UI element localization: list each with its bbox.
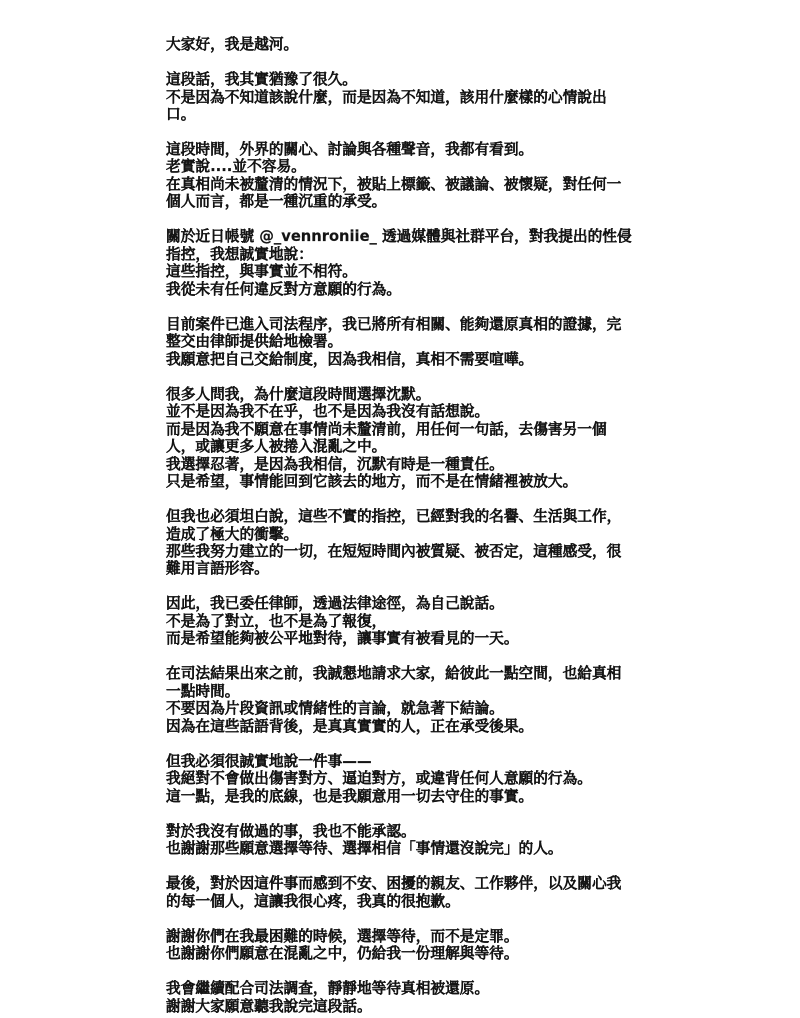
- text-line: 這段話，我其實猶豫了很久。: [166, 71, 636, 88]
- statement-text: 大家好，我是越河。 這段話，我其實猶豫了很久。 不是因為不知道該說什麼，而是因為…: [166, 36, 636, 1015]
- paragraph-public-reaction: 這段時間，外界的關心、討論與各種聲音，我都有看到。 老實說....並不容易。 在…: [166, 141, 636, 211]
- paragraph-thanks-believers: 對於我沒有做過的事，我也不能承認。 也謝謝那些願意選擇等待、選擇相信「事情還沒說…: [166, 823, 636, 858]
- text-line: 這些指控，與事實並不相符。: [166, 263, 636, 280]
- text-line: 謝謝大家願意聽我說完這段話。: [166, 998, 636, 1015]
- text-line: 在真相尚未被釐清的情況下，被貼上標籤、被議論、被懷疑，對任何一: [166, 176, 636, 193]
- paragraph-bottom-line: 但我必須很誠實地說一件事—— 我絕對不會做出傷害對方、逼迫對方，或違背任何人意願…: [166, 753, 636, 805]
- text-line: 關於近日帳號 @_vennroniie_ 透過媒體與社群平台，對我提出的性侵: [166, 228, 636, 245]
- text-line: 對於我沒有做過的事，我也不能承認。: [166, 823, 636, 840]
- text-line: 謝謝你們在我最困難的時候，選擇等待，而不是定罪。: [166, 928, 636, 945]
- text-line: 也謝謝你們願意在混亂之中，仍給我一份理解與等待。: [166, 945, 636, 962]
- text-line: 目前案件已進入司法程序，我已將所有相關、能夠還原真相的證據，完: [166, 316, 636, 333]
- paragraph-allegation-response: 關於近日帳號 @_vennroniie_ 透過媒體與社群平台，對我提出的性侵 指…: [166, 228, 636, 298]
- paragraph-request: 在司法結果出來之前，我誠懇地請求大家，給彼此一點空間，也給真相 一點時間。 不要…: [166, 665, 636, 735]
- paragraph-impact: 但我也必須坦白說，這些不實的指控，已經對我的名譽、生活與工作， 造成了極大的衝擊…: [166, 508, 636, 578]
- text-line: 但我也必須坦白說，這些不實的指控，已經對我的名譽、生活與工作，: [166, 508, 636, 525]
- text-line: 難用言語形容。: [166, 560, 636, 577]
- text-line: 不要因為片段資訊或情緒性的言論，就急著下結論。: [166, 700, 636, 717]
- text-line: 我願意把自己交給制度，因為我相信，真相不需要喧嘩。: [166, 351, 636, 368]
- text-line: 的每一個人，這讓我很心疼，我真的很抱歉。: [166, 893, 636, 910]
- text-line: 這一點，是我的底線，也是我願意用一切去守住的事實。: [166, 788, 636, 805]
- text-line: 口。: [166, 106, 636, 123]
- text-line: 只是希望，事情能回到它該去的地方，而不是在情緒裡被放大。: [166, 473, 636, 490]
- text-line: 我絕對不會做出傷害對方、逼迫對方，或違背任何人意願的行為。: [166, 770, 636, 787]
- text-line: 指控，我想誠實地說：: [166, 246, 636, 263]
- text-line: 我會繼續配合司法調查，靜靜地等待真相被還原。: [166, 980, 636, 997]
- text-line: 人，或讓更多人被捲入混亂之中。: [166, 438, 636, 455]
- text-line: 那些我努力建立的一切，在短短時間內被質疑、被否定，這種感受，很: [166, 543, 636, 560]
- paragraph-closing: 我會繼續配合司法調查，靜靜地等待真相被還原。 謝謝大家願意聽我說完這段話。: [166, 980, 636, 1015]
- paragraph-gratitude: 謝謝你們在我最困難的時候，選擇等待，而不是定罪。 也謝謝你們願意在混亂之中，仍給…: [166, 928, 636, 963]
- text-line: 一點時間。: [166, 683, 636, 700]
- text-line: 我選擇忍著，是因為我相信，沉默有時是一種責任。: [166, 456, 636, 473]
- text-line: 最後，對於因這件事而感到不安、困擾的親友、工作夥伴，以及關心我: [166, 875, 636, 892]
- paragraph-hesitation: 這段話，我其實猶豫了很久。 不是因為不知道該說什麼，而是因為不知道，該用什麼樣的…: [166, 71, 636, 123]
- text-line: 這段時間，外界的關心、討論與各種聲音，我都有看到。: [166, 141, 636, 158]
- text-line: 大家好，我是越河。: [166, 36, 636, 53]
- text-line: 在司法結果出來之前，我誠懇地請求大家，給彼此一點空間，也給真相: [166, 665, 636, 682]
- paragraph-judicial-process: 目前案件已進入司法程序，我已將所有相關、能夠還原真相的證據，完 整交由律師提供給…: [166, 316, 636, 368]
- text-line: 整交由律師提供給地檢署。: [166, 333, 636, 350]
- text-line: 也謝謝那些願意選擇等待、選擇相信「事情還沒說完」的人。: [166, 840, 636, 857]
- text-line: 因為在這些話語背後，是真真實實的人，正在承受後果。: [166, 718, 636, 735]
- text-line: 造成了極大的衝擊。: [166, 526, 636, 543]
- paragraph-apology: 最後，對於因這件事而感到不安、困擾的親友、工作夥伴，以及關心我 的每一個人，這讓…: [166, 875, 636, 910]
- text-line: 很多人問我，為什麼這段時間選擇沈默。: [166, 386, 636, 403]
- text-line: 老實說....並不容易。: [166, 158, 636, 175]
- text-line: 不是為了對立，也不是為了報復，: [166, 613, 636, 630]
- text-line: 我從未有任何違反對方意願的行為。: [166, 281, 636, 298]
- paragraph-silence: 很多人問我，為什麼這段時間選擇沈默。 並不是因為我不在乎，也不是因為我沒有話想說…: [166, 386, 636, 491]
- text-line: 而是因為我不願意在事情尚未釐清前，用任何一句話，去傷害另一個: [166, 421, 636, 438]
- text-line: 而是希望能夠被公平地對待，讓事實有被看見的一天。: [166, 630, 636, 647]
- paragraph-greeting: 大家好，我是越河。: [166, 36, 636, 53]
- text-line: 並不是因為我不在乎，也不是因為我沒有話想說。: [166, 403, 636, 420]
- text-line: 但我必須很誠實地說一件事——: [166, 753, 636, 770]
- text-line: 個人而言，都是一種沉重的承受。: [166, 193, 636, 210]
- paragraph-legal-action: 因此，我已委任律師，透過法律途徑，為自己說話。 不是為了對立，也不是為了報復， …: [166, 595, 636, 647]
- text-line: 因此，我已委任律師，透過法律途徑，為自己說話。: [166, 595, 636, 612]
- text-line: 不是因為不知道該說什麼，而是因為不知道，該用什麼樣的心情說出: [166, 89, 636, 106]
